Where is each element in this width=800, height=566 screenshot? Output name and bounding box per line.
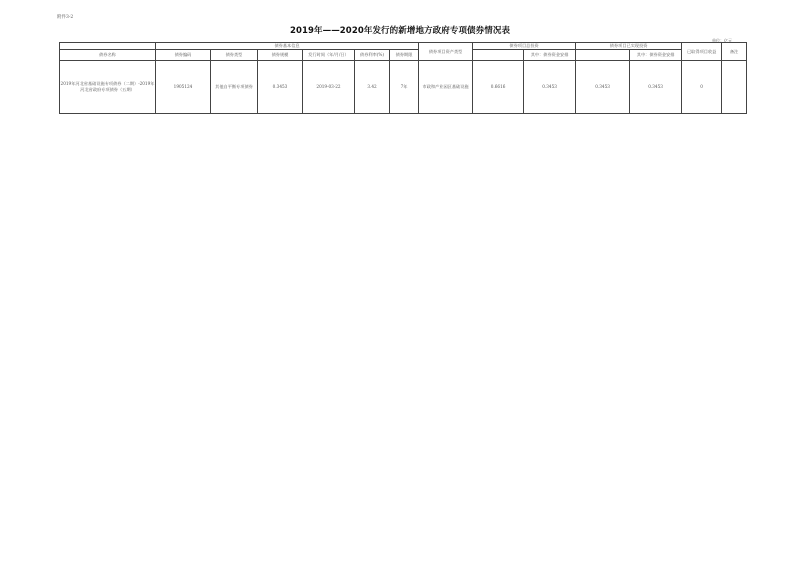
cell-type: 其他自平衡专项债券 [211, 61, 258, 114]
cell-remarks [722, 61, 747, 114]
cell-name: 2019年河北省基础设施专项债券（二期）-2019年河北省政府专项债券（五期） [60, 61, 156, 114]
col-header-completed-of-which: 其中：债券资金安排 [630, 50, 682, 61]
cell-asset-type: 市政和产业园区基础设施 [419, 61, 473, 114]
col-header-name: 债券名称 [60, 50, 156, 61]
col-header-code: 债券编码 [156, 50, 211, 61]
cell-completed-investment: 0.3453 [576, 61, 630, 114]
group-header-total-investment: 债券项目总投资 [473, 43, 576, 50]
col-header-asset-type: 债券项目资产类型 [419, 43, 473, 61]
cell-total-investment: 0.6616 [473, 61, 524, 114]
cell-rate: 3.42 [355, 61, 390, 114]
cell-scale: 0.3453 [258, 61, 303, 114]
col-header-issue-date: 发行时间（年/月/日） [303, 50, 355, 61]
cell-issue-date: 2019-03-22 [303, 61, 355, 114]
cell-total-bond-funds: 0.3453 [524, 61, 576, 114]
col-header-earned-income: 已取得项目收益 [682, 43, 722, 61]
table-row: 2019年河北省基础设施专项债券（二期）-2019年河北省政府专项债券（五期） … [60, 61, 747, 114]
col-header-remarks: 备注 [722, 43, 747, 61]
page-title: 2019年——2020年发行的新增地方政府专项债券情况表 [0, 24, 800, 36]
cell-term: 7年 [390, 61, 419, 114]
group-header-completed-investment: 债券项目已实现投资 [576, 43, 682, 50]
attachment-label: 附件3-2 [57, 14, 73, 20]
cell-earned-income: 0 [682, 61, 722, 114]
col-header-total-blank [473, 50, 524, 61]
col-header-completed-blank [576, 50, 630, 61]
group-header-basic-info: 债券基本信息 [156, 43, 419, 50]
col-header-scale: 债券规模 [258, 50, 303, 61]
cell-code: 1905124 [156, 61, 211, 114]
col-header-total-of-which: 其中：债券资金安排 [524, 50, 576, 61]
col-header-term: 债券期限 [390, 50, 419, 61]
col-header-rate: 债券利率(%) [355, 50, 390, 61]
header-blank [60, 43, 156, 50]
bond-table: 债券基本信息 债券项目资产类型 债券项目总投资 债券项目已实现投资 已取得项目收… [59, 42, 747, 114]
cell-completed-bond-funds: 0.3453 [630, 61, 682, 114]
col-header-type: 债券类型 [211, 50, 258, 61]
